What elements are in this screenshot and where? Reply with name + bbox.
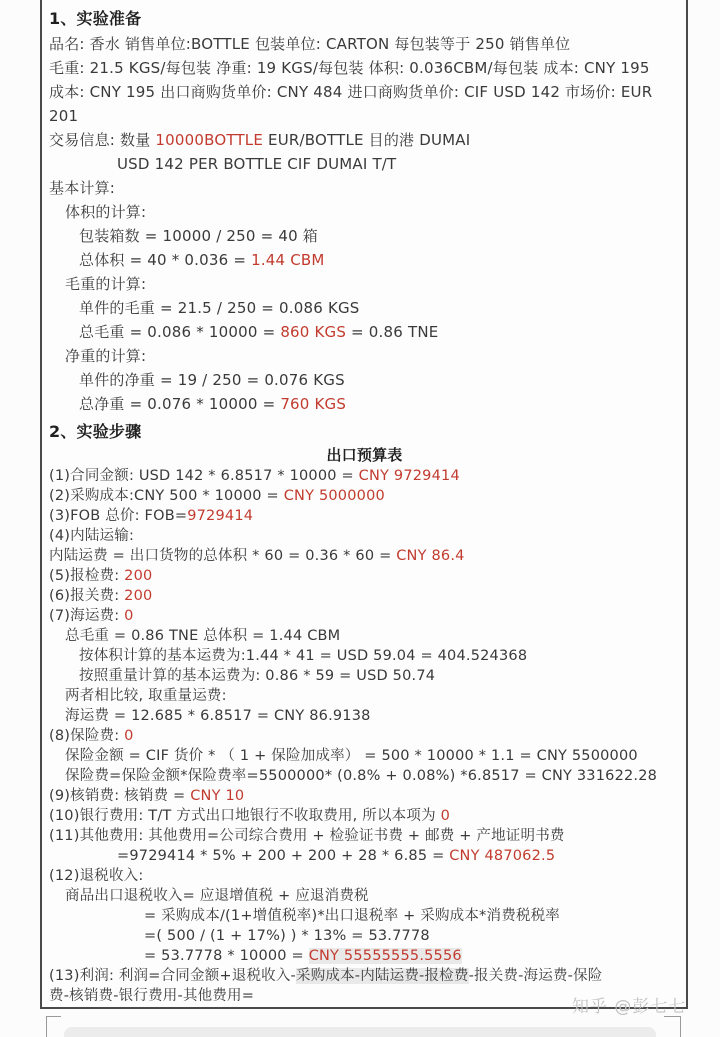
- text-segment: 201: [49, 107, 78, 125]
- section-experiment-preparation: 1、实验准备 品名: 香水 销售单位:BOTTLE 包装单位: CARTON 每…: [49, 6, 680, 416]
- doc-line: =( 500 / (1 + 17%) ) * 13% = 53.7778: [49, 926, 680, 946]
- doc-line: 包装箱数 = 10000 / 250 = 40 箱: [49, 224, 680, 248]
- text-segment: 总净重 = 0.076 * 10000 =: [79, 395, 280, 413]
- section1-heading: 1、实验准备: [49, 6, 680, 32]
- text-segment: 品名: 香水 销售单位:BOTTLE 包装单位: CARTON 每包装等于 25…: [49, 35, 570, 53]
- doc-line: 201: [49, 104, 680, 128]
- doc-line: (6)报关费: 200: [49, 586, 680, 606]
- doc-line: (12)退税收入:: [49, 866, 680, 886]
- text-segment: 按照重量计算的基本运费为: 0.86 * 59 = USD 50.74: [79, 668, 435, 684]
- text-segment: (9)核销费: 核销费 =: [49, 788, 190, 804]
- text-segment: 海运费 = 12.685 * 6.8517 = CNY 86.9138: [65, 708, 371, 724]
- text-segment: 按体积计算的基本运费为:1.44 * 41 = USD 59.04 = 404.…: [79, 648, 527, 664]
- doc-line: (13)利润: 利润=合同金额+退税收入-采购成本-内陆运费-报检费-报关费-海…: [49, 966, 680, 986]
- section-experiment-steps: 2、实验步骤 出口预算表 (1)合同金额: USD 142 * 6.8517 *…: [49, 420, 680, 1006]
- document-border-frame: 1、实验准备 品名: 香水 销售单位:BOTTLE 包装单位: CARTON 每…: [40, 0, 688, 1009]
- text-segment: = 53.7778 * 10000 =: [144, 948, 309, 964]
- text-segment: EUR/BOTTLE 目的港 DUMAI: [263, 131, 470, 149]
- doc-line: 海运费 = 12.685 * 6.8517 = CNY 86.9138: [49, 706, 680, 726]
- result-value: 0: [124, 608, 133, 624]
- text-segment: 采购成本-内陆运费-报检费: [296, 968, 469, 984]
- doc-line: 单件的毛重 = 21.5 / 250 = 0.086 KGS: [49, 296, 680, 320]
- section2-heading: 2、实验步骤: [49, 420, 680, 444]
- result-value: CNY 55555555.5556: [309, 948, 462, 964]
- doc-line: (2)采购成本:CNY 500 * 10000 = CNY 5000000: [49, 486, 680, 506]
- text-segment: (11)其他费用: 其他费用=公司综合费用 + 检验证书费 + 邮费 + 产地证…: [49, 828, 565, 844]
- text-segment: -报关费-海运费-保险: [469, 968, 603, 984]
- result-value: CNY 5000000: [284, 488, 385, 504]
- doc-line: 总体积 = 40 * 0.036 = 1.44 CBM: [49, 248, 680, 272]
- text-segment: 单件的净重 = 19 / 250 = 0.076 KGS: [79, 371, 345, 389]
- text-segment: 保险金额 = CIF 货价 * （ 1 + 保险加成率） = 500 * 100…: [65, 748, 638, 764]
- doc-line: 总毛重 = 0.086 * 10000 = 860 KGS = 0.86 TNE: [49, 320, 680, 344]
- text-segment: (8)保险费:: [49, 728, 124, 744]
- scanned-document-page: 1、实验准备 品名: 香水 销售单位:BOTTLE 包装单位: CARTON 每…: [0, 0, 720, 1037]
- doc-line: 保险费=保险金额*保险费率=5500000* (0.8% + 0.08%) *6…: [49, 766, 680, 786]
- doc-line: 交易信息: 数量 10000BOTTLE EUR/BOTTLE 目的港 DUMA…: [49, 128, 680, 152]
- doc-line: (7)海运费: 0: [49, 606, 680, 626]
- doc-line: 两者相比较, 取重量运费:: [49, 686, 680, 706]
- export-budget-table-title: 出口预算表: [49, 444, 680, 466]
- doc-line: 毛重: 21.5 KGS/每包装 净重: 19 KGS/每包装 体积: 0.03…: [49, 56, 680, 80]
- text-segment: USD 142 PER BOTTLE CIF DUMAI T/T: [117, 155, 396, 173]
- doc-line: 体积的计算:: [49, 200, 680, 224]
- zhihu-watermark: 知乎 @彭七七: [572, 992, 686, 1017]
- text-segment: 成本: CNY 195 出口商购货单价: CNY 484 进口商购货单价: CI…: [49, 83, 652, 101]
- doc-line: 内陆运费 = 出口货物的总体积 * 60 = 0.36 * 60 = CNY 8…: [49, 546, 680, 566]
- next-section-gray-bar: [64, 1027, 656, 1037]
- text-segment: 交易信息: 数量: [49, 131, 155, 149]
- text-segment: =9729414 * 5% + 200 + 200 + 28 * 6.85 =: [117, 848, 449, 864]
- result-value: 0: [124, 728, 133, 744]
- result-value: CNY 10: [190, 788, 244, 804]
- text-segment: 包装箱数 = 10000 / 250 = 40 箱: [79, 227, 318, 245]
- doc-line: 按照重量计算的基本运费为: 0.86 * 59 = USD 50.74: [49, 666, 680, 686]
- doc-line: (8)保险费: 0: [49, 726, 680, 746]
- doc-line: (4)内陆运输:: [49, 526, 680, 546]
- text-segment: 毛重: 21.5 KGS/每包装 净重: 19 KGS/每包装 体积: 0.03…: [49, 59, 650, 77]
- doc-line: (5)报检费: 200: [49, 566, 680, 586]
- text-segment: 两者相比较, 取重量运费:: [65, 688, 227, 704]
- result-value: 200: [124, 588, 152, 604]
- doc-line: (3)FOB 总价: FOB=9729414: [49, 506, 680, 526]
- text-segment: (4)内陆运输:: [49, 528, 134, 544]
- doc-line: = 采购成本/(1+增值税率)*出口退税率 + 采购成本*消费税税率: [49, 906, 680, 926]
- doc-line: 保险金额 = CIF 货价 * （ 1 + 保险加成率） = 500 * 100…: [49, 746, 680, 766]
- doc-line: (11)其他费用: 其他费用=公司综合费用 + 检验证书费 + 邮费 + 产地证…: [49, 826, 680, 846]
- doc-line: = 53.7778 * 10000 = CNY 55555555.5556: [49, 946, 680, 966]
- text-segment: 总毛重 = 0.086 * 10000 =: [79, 323, 280, 341]
- doc-line: 成本: CNY 195 出口商购货单价: CNY 484 进口商购货单价: CI…: [49, 80, 680, 104]
- text-segment: 总毛重 = 0.86 TNE 总体积 = 1.44 CBM: [65, 628, 340, 644]
- text-segment: 保险费=保险金额*保险费率=5500000* (0.8% + 0.08%) *6…: [65, 768, 657, 784]
- text-segment: (12)退税收入:: [49, 868, 143, 884]
- result-value: 10000BOTTLE: [155, 131, 263, 149]
- doc-line: (1)合同金额: USD 142 * 6.8517 * 10000 = CNY …: [49, 466, 680, 486]
- text-segment: 体积的计算:: [65, 203, 146, 221]
- doc-line: (9)核销费: 核销费 = CNY 10: [49, 786, 680, 806]
- text-segment: 单件的毛重 = 21.5 / 250 = 0.086 KGS: [79, 299, 360, 317]
- text-segment: (1)合同金额: USD 142 * 6.8517 * 10000 =: [49, 468, 359, 484]
- doc-line: =9729414 * 5% + 200 + 200 + 28 * 6.85 = …: [49, 846, 680, 866]
- text-segment: (2)采购成本:CNY 500 * 10000 =: [49, 488, 284, 504]
- doc-line: 总净重 = 0.076 * 10000 = 760 KGS: [49, 392, 680, 416]
- text-segment: 毛重的计算:: [65, 275, 146, 293]
- result-value: 760 KGS: [280, 395, 346, 413]
- doc-line: 商品出口退税收入= 应退增值税 + 应退消费税: [49, 886, 680, 906]
- section1-lines: 品名: 香水 销售单位:BOTTLE 包装单位: CARTON 每包装等于 25…: [49, 32, 680, 416]
- result-value: CNY 487062.5: [449, 848, 555, 864]
- text-segment: (5)报检费:: [49, 568, 124, 584]
- text-segment: 总体积 = 40 * 0.036 =: [79, 251, 251, 269]
- doc-line: 总毛重 = 0.86 TNE 总体积 = 1.44 CBM: [49, 626, 680, 646]
- doc-line: 净重的计算:: [49, 344, 680, 368]
- next-section-corner-right: [664, 1016, 681, 1037]
- next-section-corner-left: [46, 1016, 61, 1037]
- text-segment: 基本计算:: [49, 179, 115, 197]
- text-segment: 商品出口退税收入= 应退增值税 + 应退消费税: [65, 888, 369, 904]
- text-segment: = 采购成本/(1+增值税率)*出口退税率 + 采购成本*消费税税率: [144, 908, 560, 924]
- doc-line: 基本计算:: [49, 176, 680, 200]
- text-segment: (3)FOB 总价: FOB=: [49, 508, 187, 524]
- text-segment: 费-核销费-银行费用-其他费用=: [49, 988, 254, 1004]
- doc-line: 毛重的计算:: [49, 272, 680, 296]
- result-value: CNY 86.4: [396, 548, 464, 564]
- text-segment: (10)银行费用: T/T 方式出口地银行不收取费用, 所以本项为: [49, 808, 441, 824]
- result-value: 0: [441, 808, 450, 824]
- result-value: 200: [124, 568, 152, 584]
- section2-lines: (1)合同金额: USD 142 * 6.8517 * 10000 = CNY …: [49, 466, 680, 1006]
- text-segment: 内陆运费 = 出口货物的总体积 * 60 = 0.36 * 60 =: [49, 548, 396, 564]
- text-segment: (13)利润: 利润=合同金额+退税收入-: [49, 968, 296, 984]
- text-segment: 净重的计算:: [65, 347, 146, 365]
- result-value: 1.44 CBM: [251, 251, 324, 269]
- result-value: CNY 9729414: [359, 468, 460, 484]
- text-segment: = 0.86 TNE: [346, 323, 438, 341]
- text-segment: (7)海运费:: [49, 608, 124, 624]
- result-value: 9729414: [187, 508, 253, 524]
- doc-line: 单件的净重 = 19 / 250 = 0.076 KGS: [49, 368, 680, 392]
- text-segment: (6)报关费:: [49, 588, 124, 604]
- text-segment: =( 500 / (1 + 17%) ) * 13% = 53.7778: [144, 928, 430, 944]
- doc-line: 按体积计算的基本运费为:1.44 * 41 = USD 59.04 = 404.…: [49, 646, 680, 666]
- doc-line: 品名: 香水 销售单位:BOTTLE 包装单位: CARTON 每包装等于 25…: [49, 32, 680, 56]
- result-value: 860 KGS: [280, 323, 346, 341]
- doc-line: (10)银行费用: T/T 方式出口地银行不收取费用, 所以本项为 0: [49, 806, 680, 826]
- doc-line: USD 142 PER BOTTLE CIF DUMAI T/T: [49, 152, 680, 176]
